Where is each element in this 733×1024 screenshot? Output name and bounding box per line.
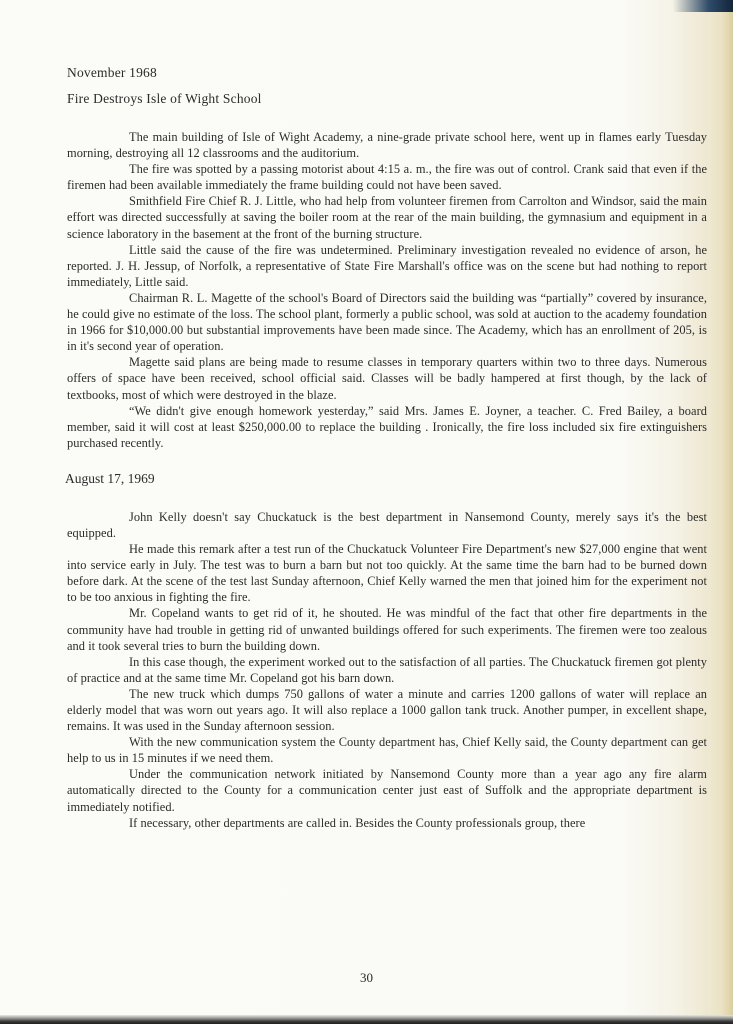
section1-headline: Fire Destroys Isle of Wight School — [67, 91, 707, 107]
page-content: November 1968 Fire Destroys Isle of Wigh… — [67, 65, 707, 831]
paragraph: John Kelly doesn't say Chuckatuck is the… — [67, 509, 707, 541]
section2-article: John Kelly doesn't say Chuckatuck is the… — [67, 509, 707, 831]
paragraph: Chairman R. L. Magette of the school's B… — [67, 290, 707, 354]
paragraph: He made this remark after a test run of … — [67, 541, 707, 605]
page-number: 30 — [0, 970, 733, 986]
paragraph: Little said the cause of the fire was un… — [67, 242, 707, 290]
paragraph: Smithfield Fire Chief R. J. Little, who … — [67, 193, 707, 241]
paragraph: In this case though, the experiment work… — [67, 654, 707, 686]
paragraph: If necessary, other departments are call… — [67, 815, 707, 831]
paragraph: The fire was spotted by a passing motori… — [67, 161, 707, 193]
section1-article: The main building of Isle of Wight Acade… — [67, 129, 707, 451]
page-fold-shadow — [711, 0, 733, 1024]
paragraph: “We didn't give enough homework yesterda… — [67, 403, 707, 451]
paragraph: With the new communication system the Co… — [67, 734, 707, 766]
section2-date: August 17, 1969 — [65, 471, 705, 487]
paragraph: The new truck which dumps 750 gallons of… — [67, 686, 707, 734]
section1-date: November 1968 — [67, 65, 707, 81]
scanned-page: November 1968 Fire Destroys Isle of Wigh… — [0, 0, 733, 1024]
paragraph: The main building of Isle of Wight Acade… — [67, 129, 707, 161]
paragraph: Under the communication network initiate… — [67, 766, 707, 814]
paragraph: Magette said plans are being made to res… — [67, 354, 707, 402]
paragraph: Mr. Copeland wants to get rid of it, he … — [67, 605, 707, 653]
page-bottom-edge — [0, 1015, 733, 1024]
book-cover-corner — [673, 0, 733, 12]
